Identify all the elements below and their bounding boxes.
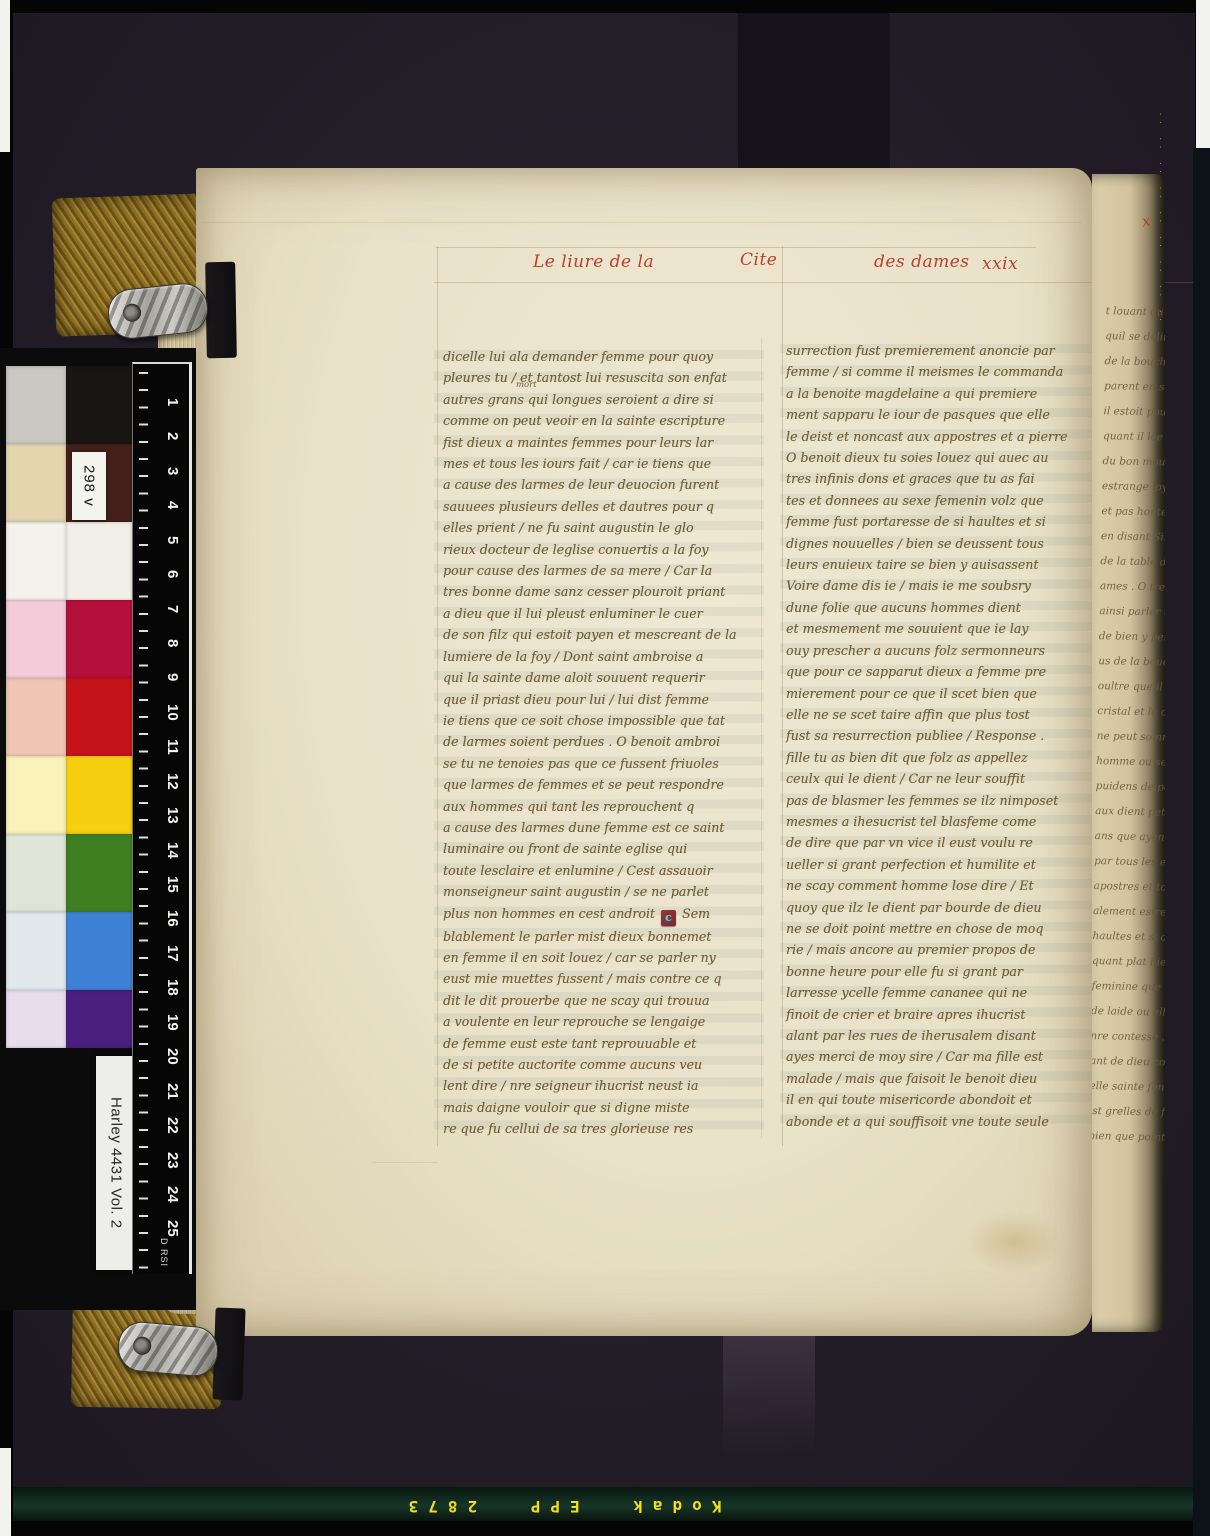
ruler-number: 5: [155, 524, 181, 556]
ruler-number: 20: [155, 1041, 181, 1073]
manuscript-text-line: rieux docteur de leglise conuertis a la …: [443, 539, 765, 560]
dark-cloth-patch: [738, 13, 890, 173]
shelfmark-label: Harley 4431 Vol. 2: [96, 1056, 136, 1270]
manuscript-text-line: qui la sainte dame aloit souuent requeri…: [443, 667, 765, 688]
frame-shadow-right: [1193, 148, 1210, 1536]
ruling-line: [202, 222, 1082, 223]
next-folio-fragment-line: de laide ou elle: [1092, 999, 1165, 1026]
clip-lever-hole-icon: [132, 1336, 152, 1356]
ruler-number: 25: [155, 1213, 181, 1245]
manuscript-text-line: ayes merci de moy sire / Car ma fille es…: [786, 1046, 1101, 1067]
color-patch-solid: [66, 600, 132, 678]
manuscript-text-line: mesmes a ihesucrist tel blasfeme come: [786, 811, 1101, 832]
manuscript-text-line: toute lesclaire et enlumine / Cest assau…: [443, 860, 765, 881]
color-patch-light: [6, 678, 66, 756]
next-folio-fragment-line: feminine que est: [1092, 974, 1165, 1001]
manuscript-text-line: en femme il en soit louez / car se parle…: [443, 947, 765, 968]
next-folio-fragment-line: nre contesse . O b: [1092, 1024, 1165, 1051]
manuscript-text-line: comme on peut veoir en la sainte escript…: [443, 410, 765, 431]
film-footer-text: Kodak EPP 2873: [300, 1490, 820, 1516]
next-folio-fragment-line: elle sainte fontai: [1092, 1074, 1165, 1101]
color-patch-row: [6, 522, 132, 600]
color-patch-row: [6, 834, 132, 912]
manuscript-text-line: il en qui toute misericorde abondoit et: [786, 1089, 1101, 1110]
color-patch-solid: [66, 366, 132, 444]
manuscript-text-line: que larmes de femmes et se peut respondr…: [443, 774, 765, 795]
manuscript-text-line: et mesmement me souuient que ie lay: [786, 618, 1101, 639]
next-folio-fragment-line: en disant Sire co: [1101, 524, 1165, 551]
manuscript-text-line: pour cause des larmes de sa mere / Car l…: [443, 560, 765, 581]
manuscript-text-line: ouy prescher a aucuns folz sermonneurs: [786, 640, 1101, 661]
manuscript-text-line: bonne heure pour elle fu si grant par: [786, 961, 1101, 982]
folio-number-label: 298 v: [72, 452, 106, 520]
ruler-number: 12: [155, 765, 181, 797]
next-folio-fragment-line: ne peut sommer: [1096, 724, 1165, 751]
manuscript-text-line: pleures tu / et tantost lui resuscita so…: [443, 367, 765, 388]
running-header-part3: des dames: [874, 252, 970, 272]
ruling-line: [782, 246, 783, 1146]
binder-clip-body-top: [205, 262, 237, 359]
next-folio-fragment-line: de la table du: [1100, 549, 1165, 576]
manuscript-text-line: eust mie muettes fussent / mais contre c…: [443, 968, 765, 989]
manuscript-text-segment: plus non hommes en cest androit: [443, 906, 659, 921]
manuscript-text-line: dignes nouuelles / bien se deussent tous: [786, 533, 1101, 554]
next-folio-fragment-line: aux dient petite fe: [1095, 799, 1165, 826]
shelfmark-text: Harley 4431 Vol. 2: [108, 1097, 125, 1229]
color-patch-light: [6, 522, 66, 600]
next-folio-fragment-line: par tous les eues: [1094, 849, 1165, 876]
manuscript-text-line: dune folie que aucuns hommes dient: [786, 597, 1101, 618]
next-folio-fragment-line: et pas honte de: [1101, 499, 1165, 526]
manuscript-text-line: ne scay comment homme lose dire / Et: [786, 875, 1101, 896]
ruler-number: 16: [155, 903, 181, 935]
ruler-number: 18: [155, 972, 181, 1004]
color-patch-solid: [66, 678, 132, 756]
clip-lever-hole-icon: [122, 303, 142, 323]
manuscript-text-line: ment sapparu le iour de pasques que elle: [786, 404, 1101, 425]
manuscript-text-line: ie tiens que ce soit chose impossible qu…: [443, 710, 765, 731]
color-patch-solid: [66, 834, 132, 912]
ruler-number: 23: [155, 1144, 181, 1176]
ruler-number: 9: [155, 662, 181, 694]
manuscript-text-line: dicelle lui ala demander femme pour quoy: [443, 346, 765, 367]
ruler-number: 2: [155, 420, 181, 452]
next-folio-fragment-line: ist grelles de fad: [1092, 1099, 1165, 1126]
color-patch-row: [6, 990, 132, 1048]
ruling-line: [372, 1162, 438, 1163]
manuscript-text-line: re que fu cellui de sa tres glorieuse re…: [443, 1118, 765, 1139]
manuscript-text-line: blablement le parler mist dieux bonnemet: [443, 926, 765, 947]
manuscript-text-line: fist dieux a maintes femmes pour leurs l…: [443, 432, 765, 453]
text-column-right: surrection fust premierement anoncie par…: [786, 340, 1101, 1132]
manuscript-text-line: que pour ce sapparut dieux a femme pre: [786, 661, 1101, 682]
ruler-number: 4: [155, 489, 181, 521]
manuscript-text-line: alant par les rues de iherusalem disant: [786, 1025, 1101, 1046]
manuscript-text-line: le deist et noncast aux appostres et a p…: [786, 426, 1101, 447]
ruler-number: 19: [155, 1006, 181, 1038]
color-calibration-patches: [6, 366, 132, 1048]
color-patch-light: [6, 444, 66, 522]
photograph-of-manuscript: 298 v Harley 4431 Vol. 2 D RSI 123456789…: [0, 0, 1210, 1536]
color-patch-row: [6, 756, 132, 834]
ruler-number: 17: [155, 937, 181, 969]
manuscript-text-line: tres bonne dame sanz cesser plouroit pri…: [443, 581, 765, 602]
manuscript-text-line: tes et donnees au sexe femenin volz que: [786, 490, 1101, 511]
ruler-number: 24: [155, 1178, 181, 1210]
manuscript-text-line: fust sa resurrection publiee / Response …: [786, 725, 1101, 746]
next-folio-fragment-line: ant de dieu corps: [1092, 1049, 1165, 1076]
next-folio-fragment-line: oultre que il nauoit: [1098, 674, 1165, 701]
manuscript-text-line: mierement pour ce que il scet bien que: [786, 683, 1101, 704]
ruler-tick-marks: [139, 372, 148, 1274]
binder-clip-lever-bottom: [116, 1320, 220, 1379]
manuscript-text-line: fille tu as bien dit que folz as appelle…: [786, 747, 1101, 768]
measuring-ruler: D RSI 1234567891011121314151617181920212…: [132, 362, 192, 1274]
manuscript-text-line: lumiere de la foy / Dont saint ambroise …: [443, 646, 765, 667]
manuscript-text-line: pas de blasmer les femmes se ilz nimpose…: [786, 790, 1101, 811]
next-folio-fragment-line: us de la bouche se: [1098, 649, 1165, 676]
manuscript-text-line: finoit de crier et braire apres ihucrist: [786, 1004, 1101, 1025]
manuscript-text-line: ceulx qui le dient / Car ne leur souffit: [786, 768, 1101, 789]
manuscript-text-line: abonde et a qui souffisoit vne toute seu…: [786, 1111, 1101, 1132]
color-patch-light: [6, 990, 66, 1048]
decorated-initial: c: [661, 910, 676, 926]
manuscript-text-line: monseigneur saint augustin / se ne parle…: [443, 881, 765, 902]
manuscript-text-line: femme fust portaresse de si haultes et s…: [786, 511, 1101, 532]
calibration-board: 298 v Harley 4431 Vol. 2 D RSI 123456789…: [0, 348, 196, 1310]
color-patch-row: [6, 678, 132, 756]
color-patch-solid: [66, 756, 132, 834]
ruler-number: 1: [155, 386, 181, 418]
ruler-number: 6: [155, 558, 181, 590]
ruler-number: 11: [155, 731, 181, 763]
color-patch-solid: [66, 912, 132, 990]
next-folio-fragment-line: du bon mouuemen: [1102, 449, 1165, 476]
ruler-number: 21: [155, 1075, 181, 1107]
next-folio-fragment-line: cristal et la ou: [1097, 699, 1165, 726]
color-patch-row: [6, 444, 132, 522]
ruler-number: 10: [155, 696, 181, 728]
manuscript-text-line: malade / mais que faisoit le benoit dieu: [786, 1068, 1101, 1089]
interlinear-correction: mort: [516, 380, 537, 390]
felt-fold-highlight: [723, 1336, 815, 1488]
manuscript-text-line: que il priast dieu pour lui / lui dist f…: [443, 689, 765, 710]
manuscript-text-line: Voire dame dis ie / mais ie me soubsry: [786, 575, 1101, 596]
manuscript-text-line: de femme eust este tant reprouuable et: [443, 1033, 765, 1054]
ruler-number: 8: [155, 627, 181, 659]
film-corner-sliver: [0, 1448, 11, 1536]
manuscript-text-line: autres grans qui longues seroient a dire…: [443, 389, 765, 410]
manuscript-text-segment: Sem: [678, 906, 710, 921]
parchment-stain: [966, 1210, 1062, 1274]
manuscript-text-line: a voulente en leur reprouche se lengaige: [443, 1011, 765, 1032]
manuscript-text-line: mais daigne vouloir que si digne miste: [443, 1097, 765, 1118]
ruling-line: [436, 247, 1036, 248]
manuscript-text-line: plus non hommes en cest androit c Sem: [443, 903, 765, 926]
manuscript-text-line: dit le dit prouerbe que ne scay qui trou…: [443, 990, 765, 1011]
manuscript-text-line: surrection fust premierement anoncie par: [786, 340, 1101, 361]
manuscript-text-line: elle ne se scet taire affin que plus tos…: [786, 704, 1101, 725]
manuscript-text-line: quoy que ilz le dient par bourde de dieu: [786, 897, 1101, 918]
next-folio-fragment-line: apostres et toute la: [1093, 874, 1165, 901]
ruler-number: 14: [155, 834, 181, 866]
ruler-number: 7: [155, 593, 181, 625]
next-folio-fragment-line: haultes et si dignes: [1092, 924, 1165, 951]
color-patch-row: [6, 912, 132, 990]
manuscript-text-line: mes et tous les iours fait / car ie tien…: [443, 453, 765, 474]
manuscript-text-line: aux hommes qui tant les reprouchent q: [443, 796, 765, 817]
manuscript-text-line: leurs enuieux taire se bien y auisassent: [786, 554, 1101, 575]
manuscript-text-line: rie / mais ancore au premier propos de: [786, 939, 1101, 960]
color-patch-light: [6, 366, 66, 444]
manuscript-text-line: sauuees plusieurs delles et dautres pour…: [443, 496, 765, 517]
color-patch-light: [6, 912, 66, 990]
running-header-part1: Le liure de la: [533, 252, 654, 272]
manuscript-text-line: femme / si comme il meismes le commanda: [786, 361, 1101, 382]
next-folio-fragment-line: ainsi parler te: [1099, 599, 1165, 626]
next-folio-fragment-line: homme ou sexe fem: [1096, 749, 1165, 776]
ruler-number: 3: [155, 455, 181, 487]
manuscript-text-line: larresse ycelle femme cananee qui ne: [786, 982, 1101, 1003]
color-patch-light: [6, 600, 66, 678]
next-folio-fragment-line: ans que ayent dieu: [1094, 824, 1165, 851]
folio-number-text: 298 v: [81, 465, 98, 507]
manuscript-text-line: ne se doit point mettre en chose de moq: [786, 918, 1101, 939]
color-patch-solid: [66, 990, 132, 1048]
manuscript-text-line: elles prient / ne fu saint augustin le g…: [443, 517, 765, 538]
manuscript-text-line: luminaire ou front de sainte eglise qui: [443, 838, 765, 859]
ruler-number: 22: [155, 1109, 181, 1141]
next-folio-fragment-line: alement estre de dieu: [1093, 899, 1165, 926]
color-patch-light: [6, 834, 66, 912]
manuscript-text-line: de son filz qui estoit payen et mescrean…: [443, 624, 765, 645]
running-header-part2: Cite: [740, 250, 777, 270]
ruler-number: 13: [155, 799, 181, 831]
manuscript-page-298v: Le liure de la Cite des dames xxix dicel…: [196, 168, 1092, 1336]
manuscript-text-line: a la benoite magdelaine a qui premiere: [786, 383, 1101, 404]
ruling-line: [437, 246, 438, 1146]
next-folio-fragment-line: de bien y pent ca: [1099, 624, 1165, 651]
next-folio-fragment-line: puidens de pechiee: [1095, 774, 1165, 801]
next-folio-fragment-line: bien que point est: [1092, 1124, 1165, 1151]
next-folio-fragment-line: estrange loy et no: [1102, 474, 1165, 501]
color-patch-row: [6, 366, 132, 444]
next-folio-fragment-line: quant plat bien y: [1092, 949, 1165, 976]
next-folio-fragment-line: ames . O tres: [1100, 574, 1165, 601]
manuscript-text-line: lent dire / nre seigneur ihucrist neust …: [443, 1075, 765, 1096]
manuscript-text-line: ueller si grant perfection et humilite e…: [786, 854, 1101, 875]
color-patch-solid: [66, 522, 132, 600]
manuscript-text-line: de larmes soient perdues . O benoit ambr…: [443, 731, 765, 752]
manuscript-text-line: tres infinis dons et graces que tu as fa…: [786, 468, 1101, 489]
film-edge-code-marks: ·· ·· ·· ·· ·· ·· ·· ·· ··: [1148, 112, 1164, 442]
text-column-left: dicelle lui ala demander femme pour quoy…: [443, 346, 765, 1140]
manuscript-text-line: de dire que par vn vice il eust voulu re: [786, 832, 1101, 853]
manuscript-text-line: se tu ne tenoies pas que ce fussent friu…: [443, 753, 765, 774]
manuscript-text-line: a dieu que il lui pleust enluminer le cu…: [443, 603, 765, 624]
color-patch-light: [6, 756, 66, 834]
manuscript-text-line: de si petite auctorite comme aucuns veu: [443, 1054, 765, 1075]
manuscript-text-line: a cause des larmes de leur deuocion fure…: [443, 474, 765, 495]
manuscript-text-line: a cause des larmes dune femme est ce sai…: [443, 817, 765, 838]
film-corner-sliver: [0, 0, 10, 152]
manuscript-text-line: O benoit dieux tu soies louez qui auec a…: [786, 447, 1101, 468]
ruler-number: 15: [155, 868, 181, 900]
color-patch-row: [6, 600, 132, 678]
running-header-part4: xxix: [982, 254, 1018, 274]
film-corner-sliver: [1196, 0, 1210, 148]
